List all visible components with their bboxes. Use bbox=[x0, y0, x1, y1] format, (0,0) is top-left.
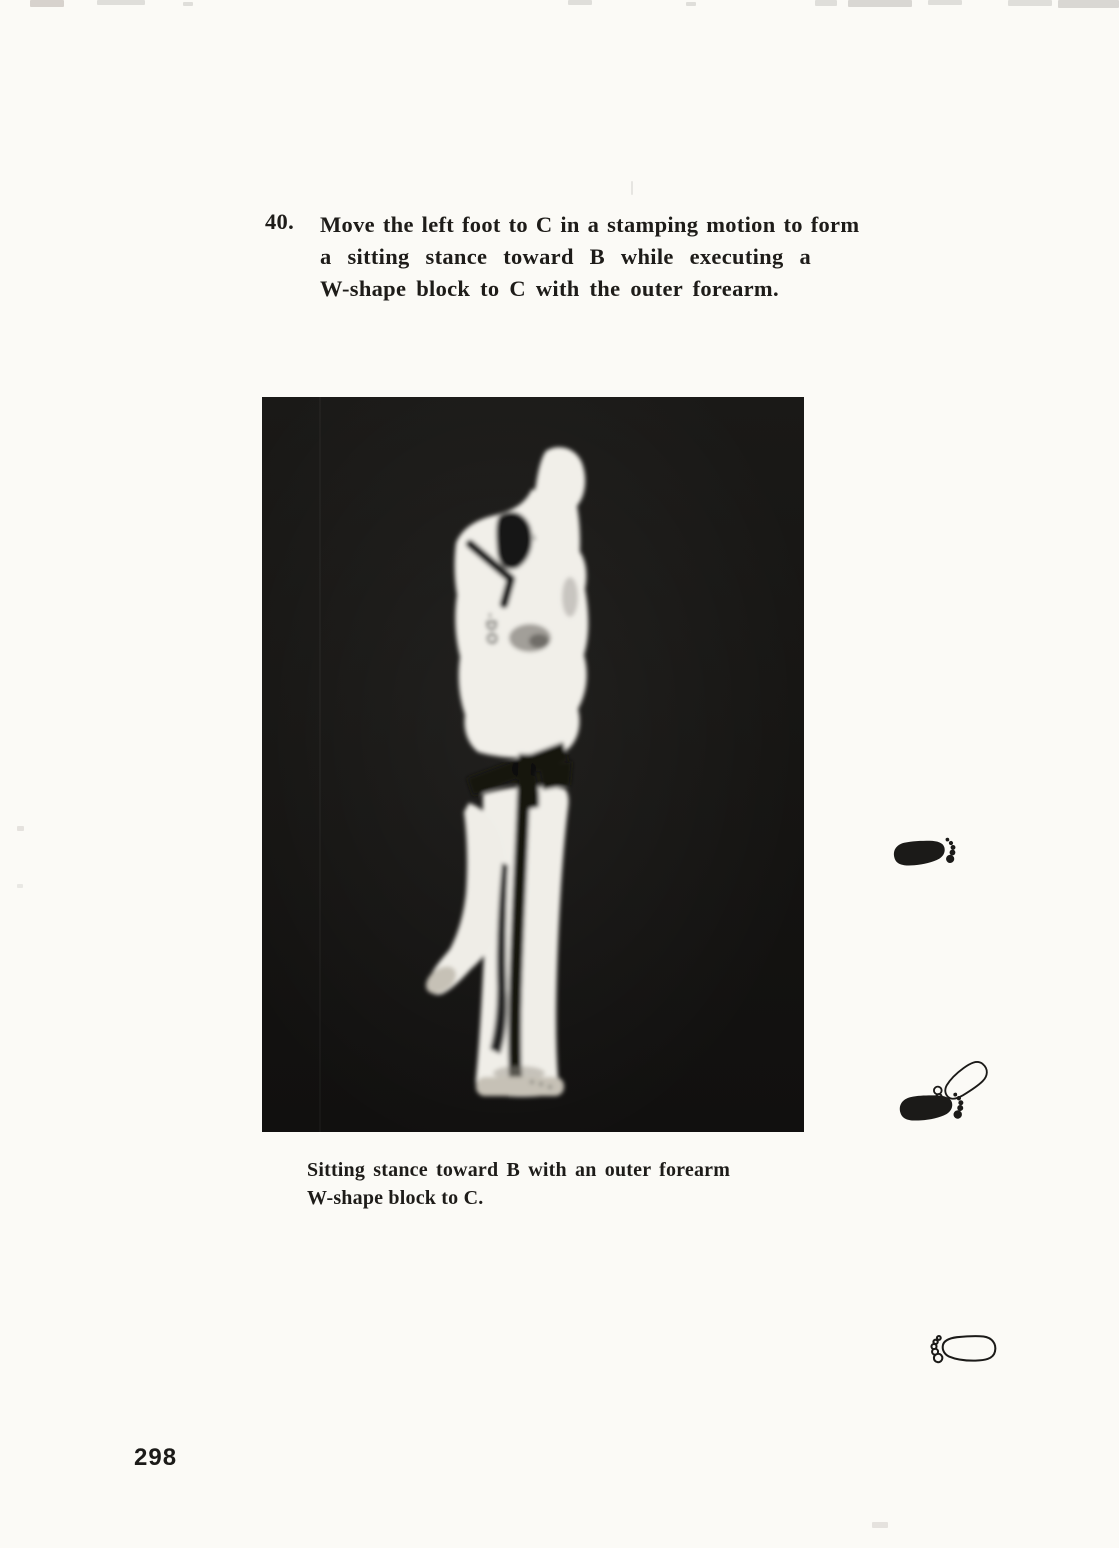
scan-artifact bbox=[30, 0, 64, 7]
step-text-line: Move the left foot to C in a stamping mo… bbox=[320, 209, 920, 241]
jacket-lettering: -DO bbox=[482, 613, 500, 647]
footprint-diagram-lower-outline bbox=[916, 1322, 1008, 1374]
scan-artifact bbox=[183, 2, 193, 6]
scan-artifact bbox=[631, 181, 633, 195]
chest-shadow-core bbox=[529, 634, 549, 648]
page-number: 298 bbox=[134, 1444, 177, 1472]
scan-artifact bbox=[17, 826, 24, 831]
scan-artifact bbox=[568, 0, 592, 5]
toe bbox=[530, 1080, 534, 1084]
step-text: Move the left foot to C in a stamping mo… bbox=[320, 209, 920, 305]
toe bbox=[548, 1085, 552, 1089]
scan-artifact bbox=[1058, 0, 1119, 8]
photo-caption: Sitting stance toward B with an outer fo… bbox=[307, 1156, 730, 1212]
scan-artifact bbox=[686, 2, 696, 6]
toe bbox=[539, 1082, 543, 1086]
solid-footprint-icon bbox=[892, 835, 958, 872]
scan-artifact bbox=[928, 0, 962, 5]
photo-scan-line bbox=[319, 397, 321, 1132]
scan-artifact bbox=[97, 0, 145, 5]
caption-line: Sitting stance toward B with an outer fo… bbox=[307, 1156, 730, 1184]
solid-footprint-icon bbox=[898, 1090, 965, 1127]
scan-artifact bbox=[17, 884, 23, 888]
step-text-line: a sitting stance toward B while executin… bbox=[320, 241, 920, 273]
technique-photo: -DO bbox=[262, 397, 804, 1132]
footprint-diagram-middle-crossed bbox=[884, 1048, 1004, 1136]
step-text-line: W-shape block to C with the outer forear… bbox=[320, 273, 920, 305]
caption-line: W-shape block to C. bbox=[307, 1184, 730, 1212]
book-page: 40. Move the left foot to C in a stampin… bbox=[0, 0, 1119, 1548]
scan-artifact bbox=[848, 0, 912, 7]
step-number: 40. bbox=[265, 209, 294, 235]
martial-artist-photo: -DO bbox=[262, 397, 804, 1132]
scan-artifact bbox=[815, 0, 837, 6]
scan-artifact bbox=[1008, 0, 1052, 6]
sleeve-fold-shadow bbox=[562, 577, 578, 617]
outlined-footprint-icon bbox=[931, 1334, 996, 1366]
scan-artifact bbox=[872, 1522, 888, 1528]
footprint-diagram-upper-solid bbox=[880, 826, 972, 884]
